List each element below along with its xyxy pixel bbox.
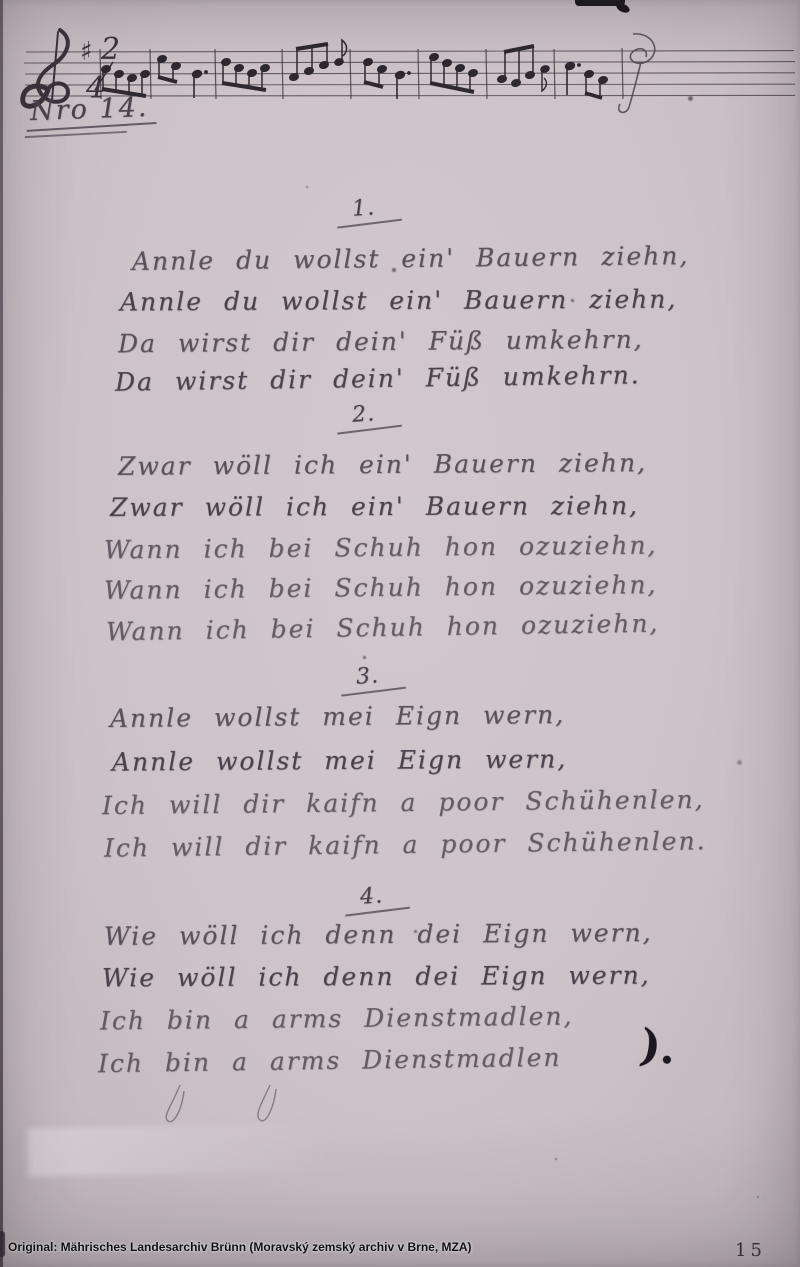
verse-line: Da wirst dir dein' Füß umkehrn. <box>115 360 641 396</box>
ink-speck <box>757 1196 759 1198</box>
verse-line: Wie wöll ich denn dei Eign wern, <box>102 961 651 993</box>
music-notes <box>101 40 609 99</box>
ink-speck <box>363 656 366 659</box>
ink-speck <box>414 930 417 933</box>
time-signature-top: 2 <box>100 32 120 67</box>
verse-line: Ich bin a arms Dienstmadlen, <box>100 1002 574 1036</box>
verse-line: Zwar wöll ich ein' Bauern ziehn, <box>118 448 647 481</box>
verse-1-number: 1. <box>351 195 376 222</box>
verse-line: Wie wöll ich denn dei Eign wern, <box>104 918 653 951</box>
verse-line: Wann ich bei Schuh hon ozuziehn, <box>106 609 660 647</box>
verse-line: Wann ich bei Schuh hon ozuziehn, <box>104 570 658 605</box>
bleed-through-smudge <box>28 1123 329 1176</box>
scan-edge-blob <box>0 1231 5 1257</box>
verse-line: Wann ich bei Schuh hon ozuziehn, <box>104 531 658 565</box>
verse-line: Zwar wöll ich ein' Bauern ziehn, <box>110 491 639 522</box>
ink-speck <box>555 1158 557 1160</box>
manuscript-page: ♯ 2 4 <box>0 0 800 1267</box>
scan-left-edge <box>0 0 3 1267</box>
ink-speck <box>571 299 574 302</box>
verse-3-number: 3. <box>355 663 380 690</box>
page-number: 15 <box>735 1240 766 1261</box>
verse-line: Annle du wollst ein' Bauern ziehn, <box>132 241 690 276</box>
archive-caption: Original: Mährisches Landesarchiv Brünn … <box>8 1240 471 1254</box>
verse-line: Da wirst dir dein' Füß umkehrn, <box>118 325 644 359</box>
closing-parenthesis-mark: ). <box>637 1020 680 1076</box>
verse-4-number: 4. <box>359 883 384 910</box>
ink-speck <box>737 760 742 765</box>
verse-line: Ich bin a arms Dienstmadlen <box>98 1043 562 1078</box>
verse-line: Annle wollst mei Eign wern, <box>112 744 567 776</box>
verse-line: Annle wollst mei Eign wern, <box>110 700 565 733</box>
ink-speck <box>392 268 396 272</box>
ink-speck <box>306 186 308 188</box>
descender-loops <box>150 1085 370 1125</box>
verse-line: Annle du wollst ein' Bauern ziehn, <box>120 285 677 317</box>
verse-line: Ich will dir kaifn a poor Schühenlen, <box>102 785 705 820</box>
sharp-icon: ♯ <box>80 37 93 67</box>
verse-line: Ich will dir kaifn a poor Schühenlen. <box>104 826 707 862</box>
verse-2-number: 2. <box>351 401 376 428</box>
number-label: Nro 14. <box>29 92 148 127</box>
ink-speck <box>688 96 693 101</box>
